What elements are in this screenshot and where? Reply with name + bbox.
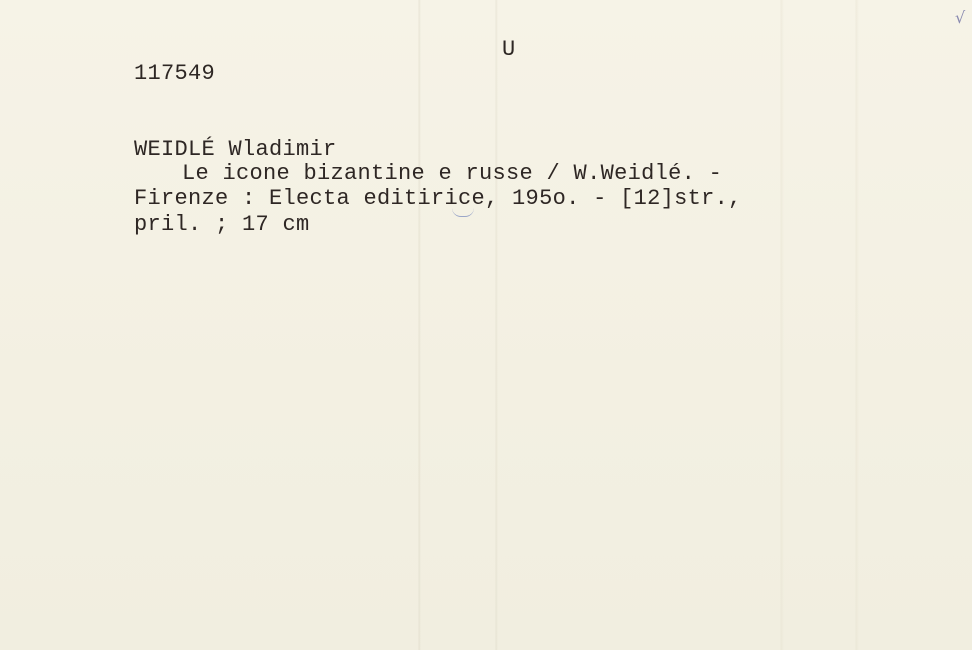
location-mark: U	[502, 37, 516, 63]
catalog-card: U 117549 √ WEIDLÉ Wladimir Le icone biza…	[0, 0, 972, 650]
physical-description: pril. ; 17 cm	[134, 212, 310, 238]
title-statement: Le icone bizantine e russe / W.Weidlé. -	[182, 161, 722, 187]
call-number: 117549	[134, 61, 215, 87]
imprint: Firenze : Electa editirice, 195o. - [12]…	[134, 186, 742, 212]
check-mark-icon: √	[955, 8, 965, 27]
author-heading: WEIDLÉ Wladimir	[134, 137, 337, 163]
correction-mark	[452, 208, 474, 217]
